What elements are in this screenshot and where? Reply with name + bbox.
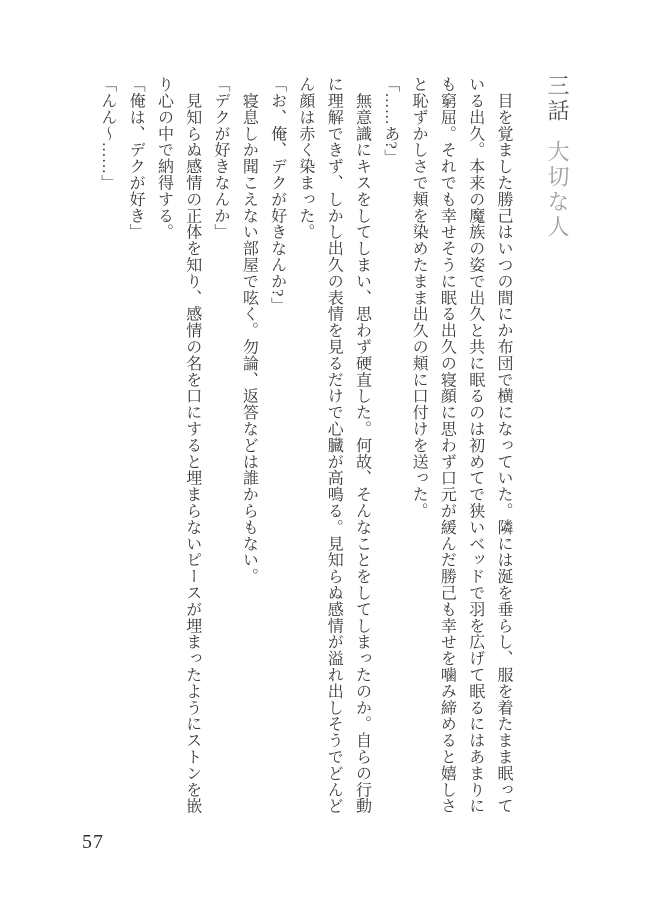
paragraph: 「んん〜……」	[93, 76, 121, 816]
paragraph: 「俺は、デクが好き」	[121, 76, 149, 816]
paragraph: 「……あ?」	[376, 76, 404, 816]
paragraph: 目を覚ました勝己はいつの間にか布団で横になっていた。隣には涎を垂らし、服を着たま…	[404, 76, 517, 816]
novel-page: 三話大切な人 目を覚ました勝己はいつの間にか布団で横になっていた。隣には涎を垂ら…	[0, 0, 647, 897]
paragraph: 「デクが好きなんか」	[206, 76, 234, 816]
paragraph: 「お、俺、デクが好きなんか?」	[262, 76, 290, 816]
paragraph: 無意識にキスをしてしまい、思わず硬直した。何故、そんなことをしてしまったのか。自…	[291, 76, 376, 816]
chapter-title-block: 三話大切な人	[544, 74, 570, 240]
paragraph: 寝息しか聞こえない部屋で呟く。勿論、返答などは誰からもない。	[234, 76, 262, 816]
story-text: 目を覚ました勝己はいつの間にか布団で横になっていた。隣には涎を垂らし、服を着たま…	[93, 76, 517, 816]
chapter-number-label: 三話	[545, 74, 570, 124]
paragraph: 見知らぬ感情の正体を知り、感情の名を口にすると埋まらないピースが埋まったようにス…	[149, 76, 206, 816]
chapter-name-label: 大切な人	[545, 140, 570, 240]
page-number-label: 57	[82, 831, 104, 854]
